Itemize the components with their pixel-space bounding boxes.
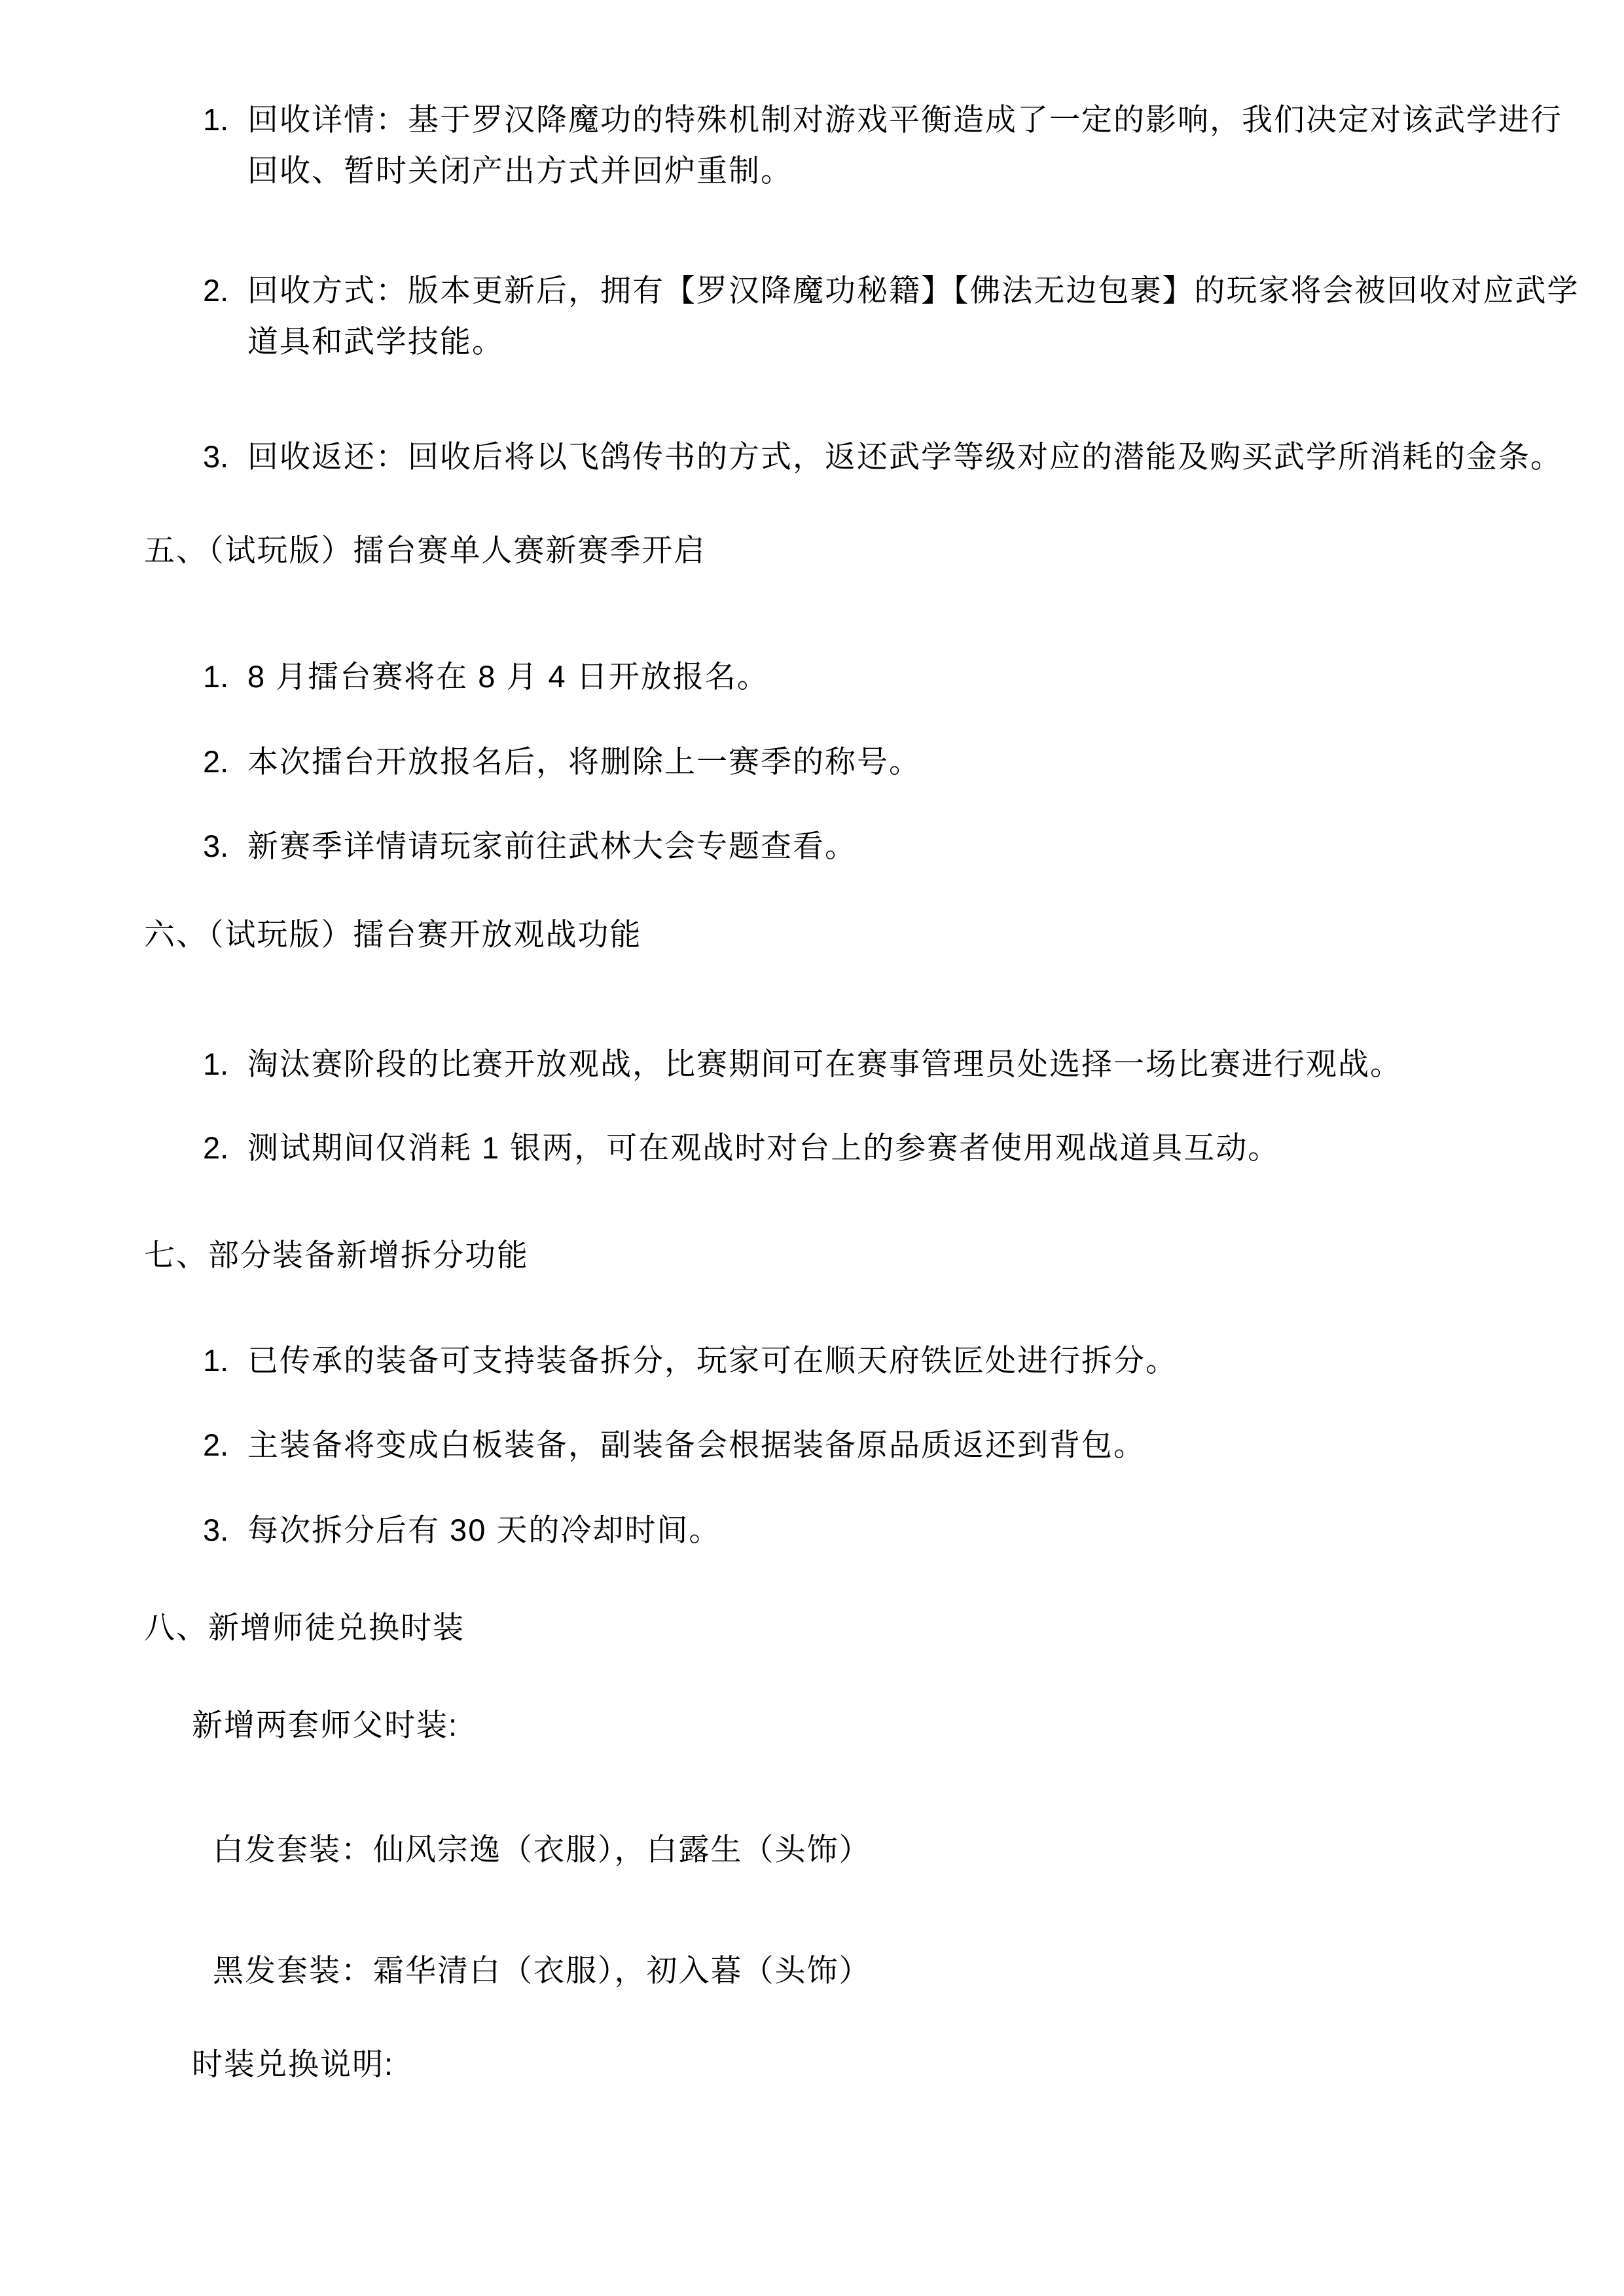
list-item-number: 3. bbox=[203, 1505, 247, 1556]
section-heading: 六、（试玩版）擂台赛开放观战功能 bbox=[144, 909, 642, 960]
paragraph: 白发套装：仙风宗逸（衣服），白露生（头饰） bbox=[213, 1824, 871, 1875]
paragraph: 新增两套师父时装: bbox=[192, 1700, 458, 1751]
list-item-text: 主装备将变成白板装备，副装备会根据装备原品质返还到背包。 bbox=[247, 1420, 1146, 1471]
text-line: 主装备将变成白板装备，副装备会根据装备原品质返还到背包。 bbox=[247, 1420, 1146, 1471]
text-line: 每次拆分后有 30 天的冷却时间。 bbox=[247, 1505, 721, 1556]
section-heading: 七、部分装备新增拆分功能 bbox=[144, 1230, 529, 1281]
text-line: 回收返还：回收后将以飞鸽传书的方式，返还武学等级对应的潜能及购买武学所消耗的金条… bbox=[247, 431, 1562, 482]
list-item: 1. 淘汰赛阶段的比赛开放观战，比赛期间可在赛事管理员处选择一场比赛进行观战。 bbox=[203, 1039, 1402, 1090]
list-item-text: 淘汰赛阶段的比赛开放观战，比赛期间可在赛事管理员处选择一场比赛进行观战。 bbox=[247, 1039, 1402, 1090]
text-line: 淘汰赛阶段的比赛开放观战，比赛期间可在赛事管理员处选择一场比赛进行观战。 bbox=[247, 1039, 1402, 1090]
list-item-text: 回收方式：版本更新后，拥有【罗汉降魔功秘籍】【佛法无边包裹】的玩家将会被回收对应… bbox=[247, 265, 1579, 367]
list-item: 1. 8 月擂台赛将在 8 月 4 日开放报名。 bbox=[203, 651, 769, 702]
list-item-number: 2. bbox=[203, 1420, 247, 1471]
list-item: 1. 回收详情：基于罗汉降魔功的特殊机制对游戏平衡造成了一定的影响，我们决定对该… bbox=[203, 94, 1562, 196]
text-line: 回收详情：基于罗汉降魔功的特殊机制对游戏平衡造成了一定的影响，我们决定对该武学进… bbox=[247, 94, 1562, 145]
section-heading: 五、（试玩版）擂台赛单人赛新赛季开启 bbox=[144, 525, 706, 576]
list-item-number: 1. bbox=[203, 651, 247, 702]
list-item-text: 每次拆分后有 30 天的冷却时间。 bbox=[247, 1505, 721, 1556]
list-item-text: 回收返还：回收后将以飞鸽传书的方式，返还武学等级对应的潜能及购买武学所消耗的金条… bbox=[247, 431, 1562, 482]
list-item-text: 本次擂台开放报名后，将删除上一赛季的称号。 bbox=[247, 736, 921, 787]
text-line: 已传承的装备可支持装备拆分，玩家可在顺天府铁匠处进行拆分。 bbox=[247, 1335, 1178, 1386]
list-item-number: 3. bbox=[203, 431, 247, 482]
paragraph: 时装兑换说明: bbox=[192, 2039, 394, 2090]
text-line: 回收方式：版本更新后，拥有【罗汉降魔功秘籍】【佛法无边包裹】的玩家将会被回收对应… bbox=[247, 265, 1579, 316]
list-item: 2. 回收方式：版本更新后，拥有【罗汉降魔功秘籍】【佛法无边包裹】的玩家将会被回… bbox=[203, 265, 1579, 367]
list-item-text: 测试期间仅消耗 1 银两，可在观战时对台上的参赛者使用观战道具互动。 bbox=[247, 1122, 1280, 1174]
list-item: 2. 测试期间仅消耗 1 银两，可在观战时对台上的参赛者使用观战道具互动。 bbox=[203, 1122, 1280, 1174]
text-line: 8 月擂台赛将在 8 月 4 日开放报名。 bbox=[247, 651, 769, 702]
list-item: 3. 回收返还：回收后将以飞鸽传书的方式，返还武学等级对应的潜能及购买武学所消耗… bbox=[203, 431, 1562, 482]
list-item: 3. 每次拆分后有 30 天的冷却时间。 bbox=[203, 1505, 721, 1556]
list-item-text: 8 月擂台赛将在 8 月 4 日开放报名。 bbox=[247, 651, 769, 702]
list-item-number: 2. bbox=[203, 1122, 247, 1174]
list-item: 2. 主装备将变成白板装备，副装备会根据装备原品质返还到背包。 bbox=[203, 1420, 1146, 1471]
list-item-number: 1. bbox=[203, 1039, 247, 1090]
text-line: 本次擂台开放报名后，将删除上一赛季的称号。 bbox=[247, 736, 921, 787]
text-line: 测试期间仅消耗 1 银两，可在观战时对台上的参赛者使用观战道具互动。 bbox=[247, 1122, 1280, 1174]
list-item: 2. 本次擂台开放报名后，将删除上一赛季的称号。 bbox=[203, 736, 921, 787]
text-line: 道具和武学技能。 bbox=[247, 316, 1579, 367]
list-item: 1. 已传承的装备可支持装备拆分，玩家可在顺天府铁匠处进行拆分。 bbox=[203, 1335, 1178, 1386]
paragraph: 黑发套装：霜华清白（衣服），初入暮（头饰） bbox=[213, 1945, 871, 1996]
list-item-number: 1. bbox=[203, 94, 247, 145]
list-item-number: 1. bbox=[203, 1335, 247, 1386]
text-line: 新赛季详情请玩家前往武林大会专题查看。 bbox=[247, 821, 857, 872]
list-item-text: 回收详情：基于罗汉降魔功的特殊机制对游戏平衡造成了一定的影响，我们决定对该武学进… bbox=[247, 94, 1562, 196]
document-page: 1. 回收详情：基于罗汉降魔功的特殊机制对游戏平衡造成了一定的影响，我们决定对该… bbox=[0, 0, 1624, 2296]
list-item-text: 已传承的装备可支持装备拆分，玩家可在顺天府铁匠处进行拆分。 bbox=[247, 1335, 1178, 1386]
list-item: 3. 新赛季详情请玩家前往武林大会专题查看。 bbox=[203, 821, 857, 872]
text-line: 回收、暂时关闭产出方式并回炉重制。 bbox=[247, 145, 1562, 196]
list-item-number: 2. bbox=[203, 736, 247, 787]
list-item-number: 2. bbox=[203, 265, 247, 316]
list-item-number: 3. bbox=[203, 821, 247, 872]
section-heading: 八、新增师徒兑换时装 bbox=[144, 1602, 465, 1653]
list-item-text: 新赛季详情请玩家前往武林大会专题查看。 bbox=[247, 821, 857, 872]
